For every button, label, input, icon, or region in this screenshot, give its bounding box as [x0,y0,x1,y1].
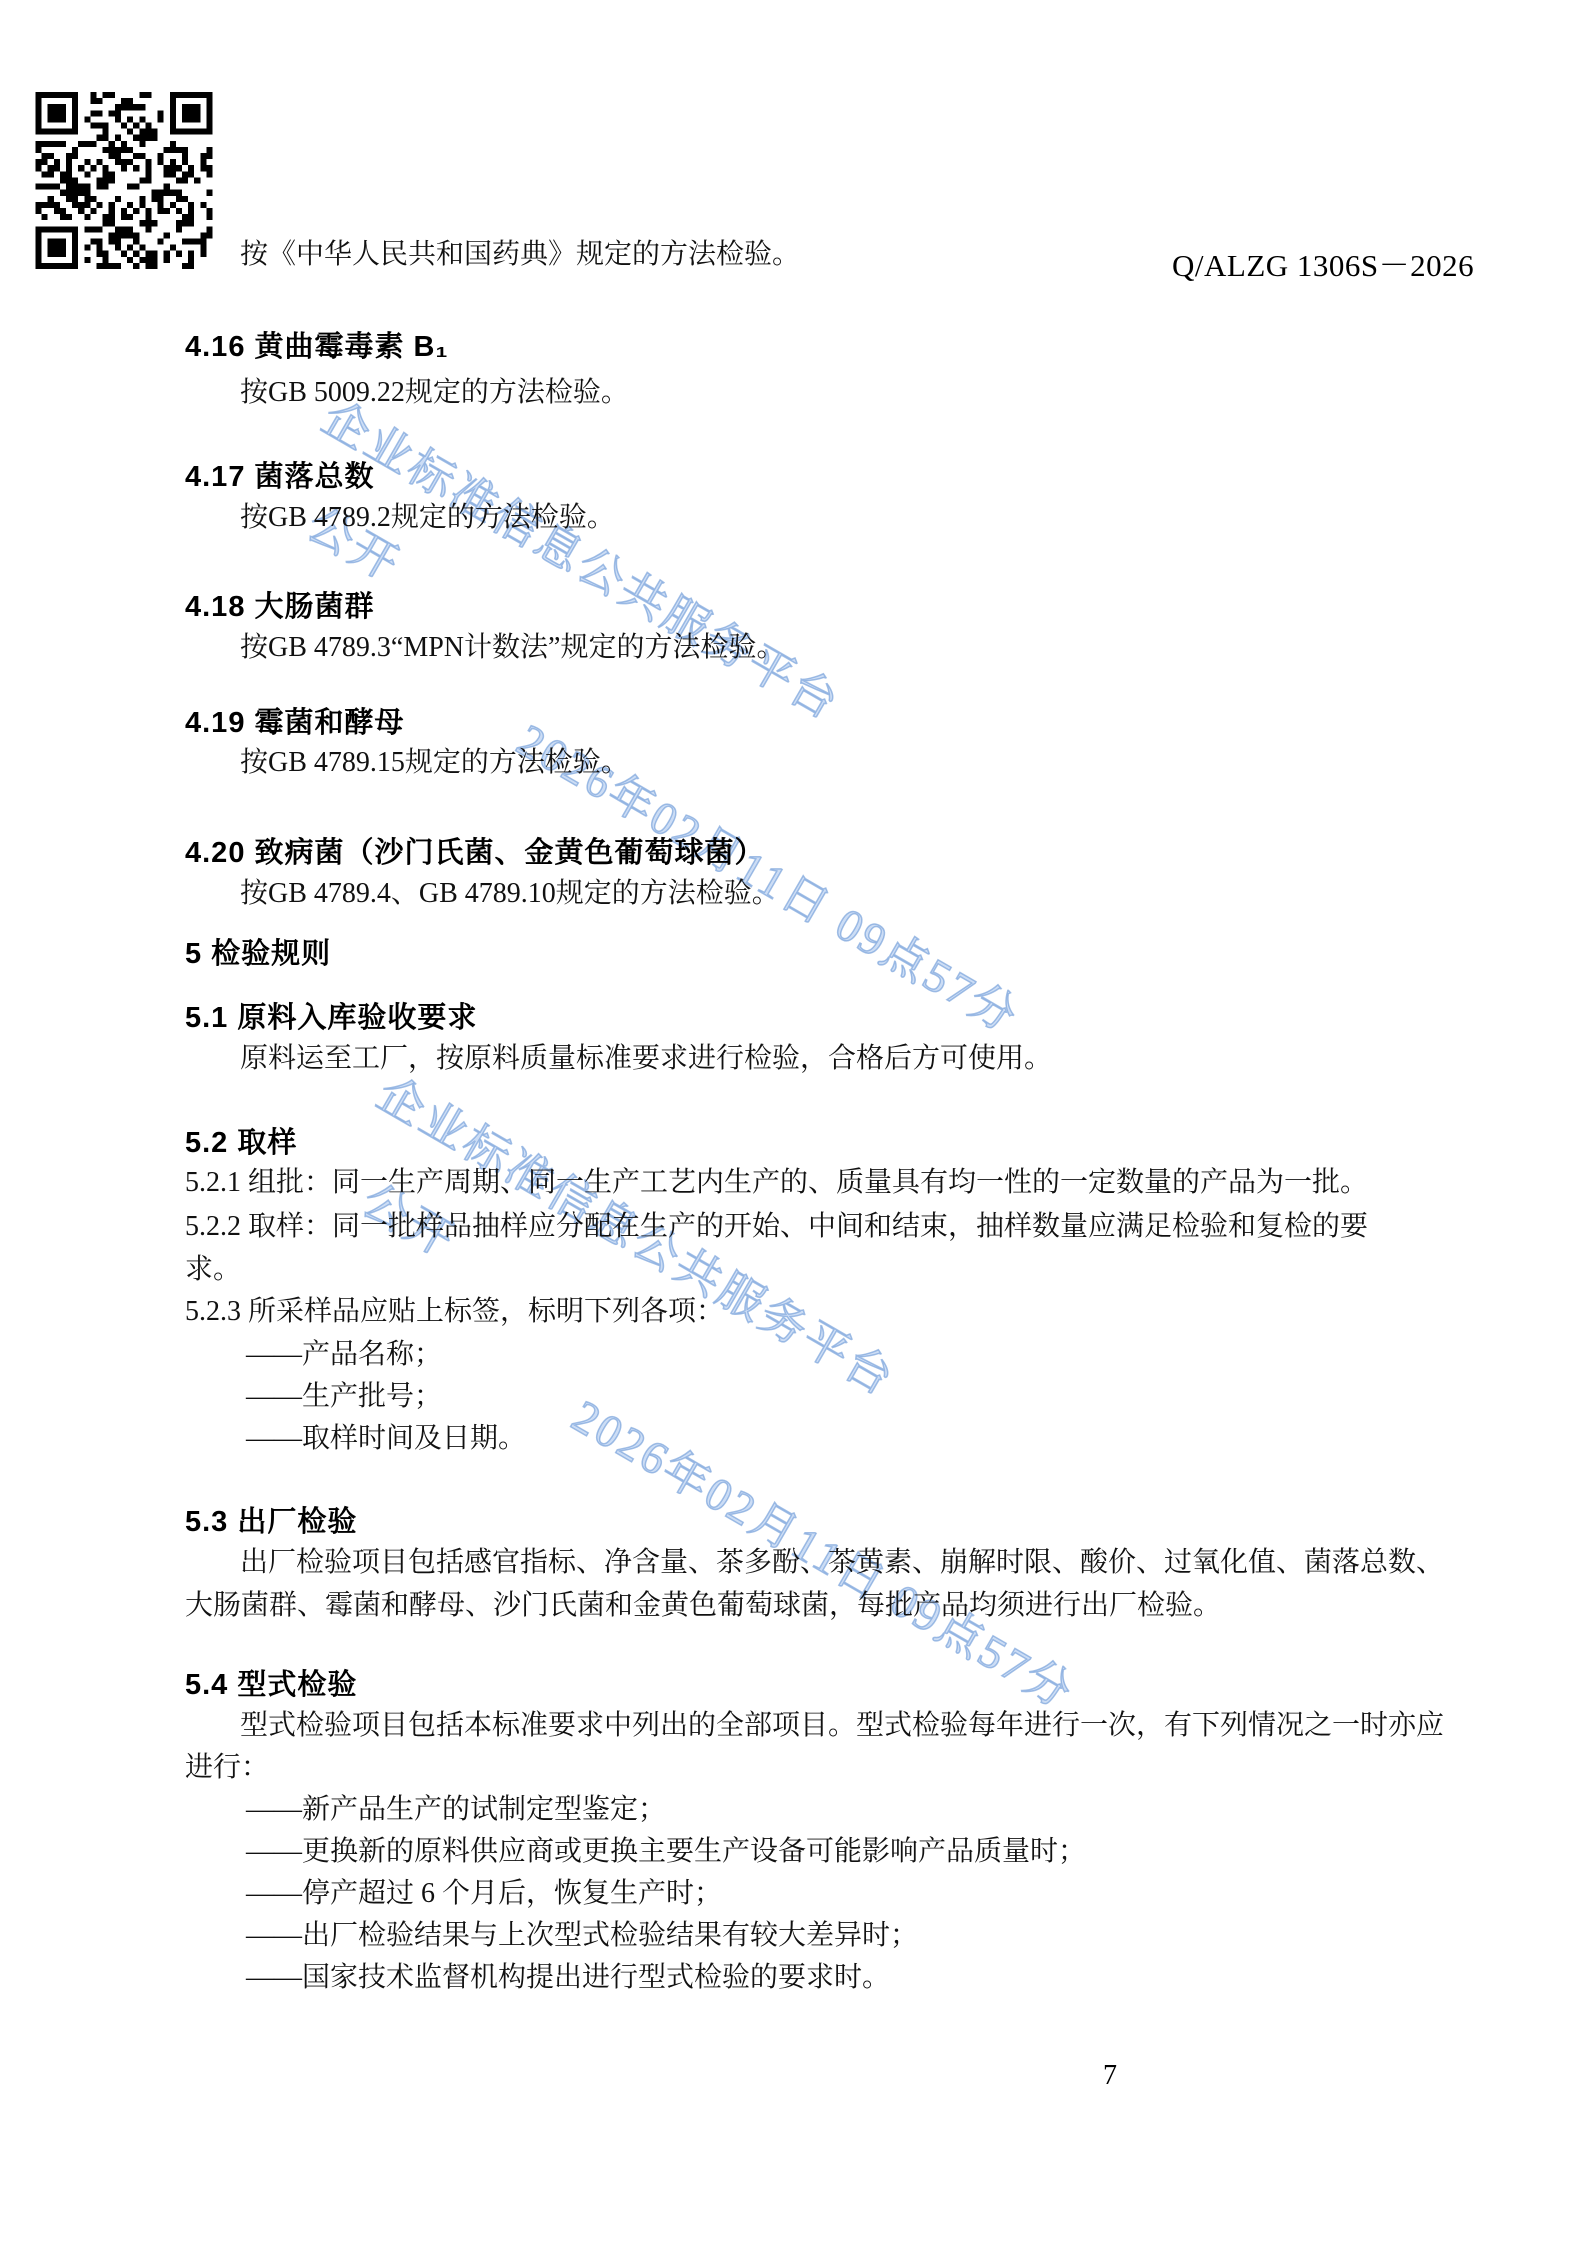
list-item: ——新产品生产的试制定型鉴定； [246,1793,666,1827]
list-item: ——取样时间及日期。 [246,1422,526,1456]
section-heading: 5.1 原料入库验收要求 [185,1001,477,1035]
doc-line: 按GB 4789.2规定的方法检验。 [240,501,615,535]
section-heading: 4.18 大肠菌群 [185,590,375,624]
standard-number: Q/ALZG 1306S－2026 [1172,240,1474,285]
section-heading: 5 检验规则 [185,937,331,971]
doc-line: 进行： [185,1751,269,1785]
doc-line: 5.2.3 所采样品应贴上标签，标明下列各项： [185,1295,724,1329]
doc-line: 按GB 5009.22规定的方法检验。 [240,376,629,410]
section-heading: 4.20 致病菌（沙门氏菌、金黄色葡萄球菌） [185,836,765,870]
watermark-platform-text: 企业标准信息公共服务平台 [312,382,854,733]
doc-line: 按GB 4789.3“MPN计数法”规定的方法检验。 [240,631,784,665]
section-heading: 4.16 黄曲霉毒素 B₁ [185,330,449,364]
list-item: ——停产超过 6 个月后，恢复生产时； [246,1877,722,1911]
doc-line: 原料运至工厂，按原料质量标准要求进行检验，合格后方可使用。 [240,1042,1052,1076]
doc-line: 按GB 4789.4、GB 4789.10规定的方法检验。 [240,877,780,911]
doc-line: 出厂检验项目包括感官指标、净含量、茶多酚、茶黄素、崩解时限、酸价、过氧化值、菌落… [240,1546,1444,1580]
section-heading: 4.19 霉菌和酵母 [185,706,405,740]
list-item: ——生产批号； [246,1380,442,1414]
section-heading: 4.17 菌落总数 [185,460,375,494]
list-item: ——更换新的原料供应商或更换主要生产设备可能影响产品质量时； [246,1835,1086,1869]
doc-line: 5.2.1 组批：同一生产周期、同一生产工艺内生产的、质量具有均一性的一定数量的… [185,1166,1368,1200]
qr-code [33,92,215,269]
list-item: ——国家技术监督机构提出进行型式检验的要求时。 [246,1961,890,1995]
list-item: ——产品名称； [246,1338,442,1372]
section-heading: 5.3 出厂检验 [185,1505,357,1539]
section-heading: 5.4 型式检验 [185,1668,357,1702]
list-item: ——出厂检验结果与上次型式检验结果有较大差异时； [246,1919,918,1953]
document-page: Q/ALZG 1306S－2026 企业标准信息公共服务平台 公开 2026年0… [0,0,1588,2245]
doc-line: 求。 [185,1253,241,1287]
doc-line: 5.2.2 取样：同一批样品抽样应分配在生产的开始、中间和结束，抽样数量应满足检… [185,1210,1368,1244]
section-heading: 5.2 取样 [185,1126,297,1160]
doc-line: 按GB 4789.15规定的方法检验。 [240,746,629,780]
doc-line: 大肠菌群、霉菌和酵母、沙门氏菌和金黄色葡萄球菌，每批产品均须进行出厂检验。 [185,1589,1221,1623]
doc-line: 型式检验项目包括本标准要求中列出的全部项目。型式检验每年进行一次，有下列情况之一… [240,1709,1444,1743]
page-number: 7 [1103,2060,1117,2092]
doc-line: 按《中华人民共和国药典》规定的方法检验。 [240,238,800,272]
